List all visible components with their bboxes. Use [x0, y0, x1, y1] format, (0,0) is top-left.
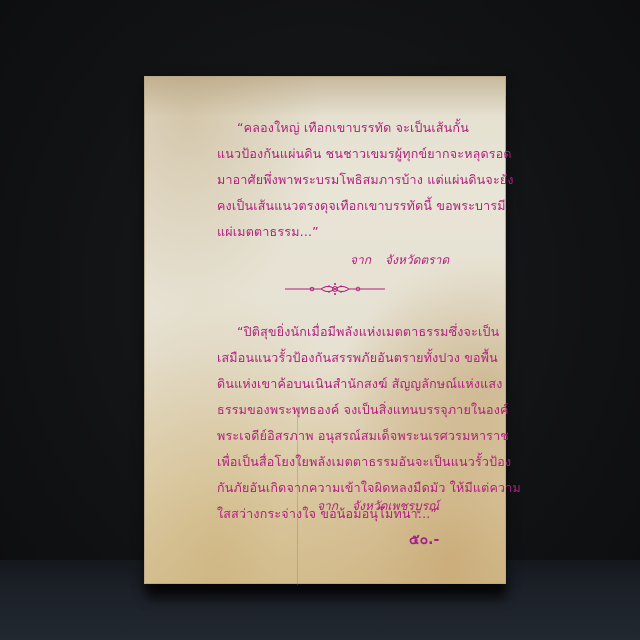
quote-line: แผ่เมตตาธรรม...”	[217, 219, 465, 245]
quote-line: ธรรมของพระพุทธองค์ จงเป็นสิ่งแทนบรรจุภาย…	[217, 397, 465, 423]
source-name: จังหวัดตราด	[385, 253, 449, 267]
quote-line: เสมือนแนวรั้วป้องกันสรรพภัยอันตรายทั้งปว…	[217, 345, 465, 371]
quote-phetchabun: “ปิติสุขยิ่งนักเมื่อมีพลังแห่งเมตตาธรรมซ…	[217, 319, 465, 527]
quote-line: มาอาศัยพึ่งพาพระบรมโพธิสมภารบ้าง แต่แผ่น…	[217, 167, 465, 193]
quote-trat: “คลองใหญ่ เทือกเขาบรรทัด จะเป็นเส้นกั้น …	[217, 115, 465, 245]
quote-line: เพื่อเป็นสื่อโยงใยพลังเมตตาธรรมอันจะเป็น…	[217, 449, 465, 475]
source-prefix: จาก	[317, 499, 338, 513]
quote-line: ดินแห่งเขาค้อบนเนินสำนักสงฆ์ สัญญลักษณ์แ…	[217, 371, 465, 397]
quote-line: แนวป้องกันแผ่นดิน ชนชาวเขมรผู้ทุกข์ยากจะ…	[217, 141, 465, 167]
quote-trat-source: จากจังหวัดตราด	[350, 251, 449, 270]
book-back-cover: “คลองใหญ่ เทือกเขาบรรทัด จะเป็นเส้นกั้น …	[144, 76, 506, 584]
quote-line: “คลองใหญ่ เทือกเขาบรรทัด จะเป็นเส้นกั้น	[217, 115, 465, 141]
price-label: ๕๐.-	[409, 529, 439, 551]
age-stain	[145, 77, 505, 117]
source-prefix: จาก	[350, 253, 371, 267]
source-name: จังหวัดเพชรบูรณ์	[352, 499, 439, 513]
quote-line: “ปิติสุขยิ่งนักเมื่อมีพลังแห่งเมตตาธรรมซ…	[217, 319, 465, 345]
quote-phetchabun-source: จากจังหวัดเพชรบูรณ์	[317, 497, 439, 516]
quote-line: คงเป็นเส้นแนวตรงดุจเทือกเขาบรรทัดนี้ ขอพ…	[217, 193, 465, 219]
ornament-divider-icon	[285, 282, 385, 296]
quote-line: พระเจดีย์อิสรภาพ อนุสรณ์สมเด็จพระนเรศวรม…	[217, 423, 465, 449]
